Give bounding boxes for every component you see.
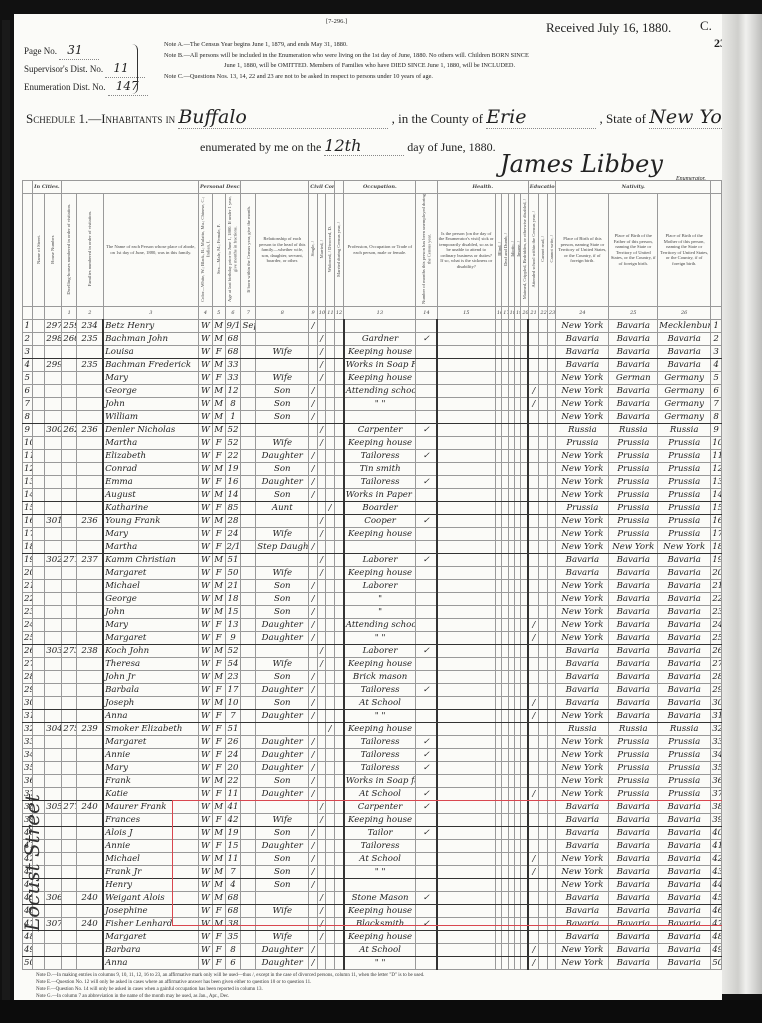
- single-cell: /: [309, 774, 317, 787]
- birth-month-cell: [241, 371, 256, 384]
- age-cell: 26: [225, 735, 241, 748]
- school-cell: [528, 514, 539, 527]
- person-name: William: [103, 410, 198, 423]
- table-row: 23JohnWM15Son/"New YorkBavariaBavaria23: [23, 605, 722, 618]
- table-row: 44HenryWM4Son/New YorkBavariaBavaria44: [23, 878, 722, 891]
- family-number-cell: [77, 371, 104, 384]
- table-row: 34AnnieWF24Daughter/Tailoress✓New YorkPr…: [23, 748, 722, 761]
- school-cell: [528, 878, 539, 891]
- age-cell: 33: [225, 358, 241, 371]
- person-name: Kamm Christian: [103, 553, 198, 566]
- house-number-cell: 303: [45, 644, 62, 657]
- color-cell: W: [199, 917, 213, 930]
- widowed-cell: [326, 696, 334, 709]
- occupation-cell: Keeping house: [344, 930, 416, 943]
- age-cell: 68: [225, 904, 241, 917]
- sex-cell: M: [212, 553, 225, 566]
- unemployed-cell: [416, 501, 437, 514]
- street-cell: [32, 683, 45, 696]
- sickness-cell: [437, 917, 495, 930]
- relationship-cell: [256, 644, 309, 657]
- birth-month-cell: [241, 683, 256, 696]
- corner-letter: C.: [700, 18, 712, 34]
- color-cell: W: [199, 657, 213, 670]
- cannot-write-cell: [547, 462, 556, 475]
- house-number-cell: [45, 527, 62, 540]
- family-number-cell: [77, 384, 104, 397]
- street-cell: [32, 319, 45, 332]
- family-number-cell: 235: [77, 332, 104, 345]
- school-cell: [528, 553, 539, 566]
- mother-birthplace-cell: Bavaria: [658, 917, 711, 930]
- widowed-cell: [326, 540, 334, 553]
- birthplace-cell: New York: [556, 709, 609, 722]
- relationship-cell: [256, 553, 309, 566]
- age-cell: 16: [225, 475, 241, 488]
- age-cell: 68: [225, 345, 241, 358]
- street-cell: [32, 488, 45, 501]
- married-cell: [317, 488, 325, 501]
- cannot-read-cell: [539, 891, 547, 904]
- mother-birthplace-cell: Bavaria: [658, 878, 711, 891]
- sickness-cell: [437, 566, 495, 579]
- married-year-cell: [334, 787, 344, 800]
- maimed-cell: [521, 839, 528, 852]
- line-number-right: 13: [711, 475, 722, 488]
- relationship-cell: Son: [256, 397, 309, 410]
- father-birthplace-cell: Prussia: [609, 761, 658, 774]
- color-cell: W: [199, 891, 213, 904]
- sex-cell: F: [212, 930, 225, 943]
- married-cell: [317, 618, 325, 631]
- age-cell: 12: [225, 384, 241, 397]
- house-number-cell: 304: [45, 722, 62, 735]
- widowed-cell: [326, 748, 334, 761]
- sickness-cell: [437, 644, 495, 657]
- cannot-read-cell: [539, 501, 547, 514]
- enumeration-date-line: enumerated by me on the 12th day of June…: [200, 136, 496, 156]
- mother-birthplace-cell: Prussia: [658, 475, 711, 488]
- birthplace-cell: Bavaria: [556, 566, 609, 579]
- color-cell: W: [199, 696, 213, 709]
- single-cell: [309, 527, 317, 540]
- married-year-cell: [334, 566, 344, 579]
- city-value: Buffalo: [178, 106, 388, 129]
- street-cell: [32, 501, 45, 514]
- family-number-cell: [77, 878, 104, 891]
- mother-birthplace-cell: Bavaria: [658, 813, 711, 826]
- house-number-cell: 305: [45, 800, 62, 813]
- birthplace-cell: Bavaria: [556, 800, 609, 813]
- single-cell: /: [309, 748, 317, 761]
- color-cell: W: [199, 553, 213, 566]
- married-cell: /: [317, 358, 325, 371]
- married-cell: [317, 410, 325, 423]
- line-number: 17: [23, 527, 33, 540]
- married-year-cell: [334, 904, 344, 917]
- widowed-cell: [326, 527, 334, 540]
- married-cell: /: [317, 930, 325, 943]
- married-cell: [317, 384, 325, 397]
- widowed-cell: [326, 787, 334, 800]
- sickness-cell: [437, 501, 495, 514]
- table-row: 30JosephWM10Son/At School/BavariaBavaria…: [23, 696, 722, 709]
- mother-birthplace-cell: Russia: [658, 722, 711, 735]
- school-cell: [528, 761, 539, 774]
- dwelling-number-cell: [62, 709, 77, 722]
- married-year-cell: [334, 930, 344, 943]
- father-birthplace-cell: Prussia: [609, 735, 658, 748]
- occupation-cell: Tailoress: [344, 735, 416, 748]
- school-cell: [528, 904, 539, 917]
- line-number-right: 27: [711, 657, 722, 670]
- line-number: 2: [23, 332, 33, 345]
- occupation-cell: Boarder: [344, 501, 416, 514]
- col-name: The Name of each Person whose place of a…: [103, 194, 198, 307]
- relationship-cell: Daughter: [256, 943, 309, 956]
- color-cell: W: [199, 319, 213, 332]
- table-row: 17MaryWF24Wife/Keeping houseNew YorkPrus…: [23, 527, 722, 540]
- father-birthplace-cell: Bavaria: [609, 930, 658, 943]
- married-cell: [317, 774, 325, 787]
- person-name: John Jr: [103, 670, 198, 683]
- mother-birthplace-cell: Germany: [658, 384, 711, 397]
- line-number-right: 45: [711, 891, 722, 904]
- married-cell: [317, 501, 325, 514]
- maimed-cell: [521, 735, 528, 748]
- street-cell: [32, 540, 45, 553]
- single-cell: /: [309, 319, 317, 332]
- married-year-cell: [334, 436, 344, 449]
- line-number-right: 4: [711, 358, 722, 371]
- single-cell: [309, 423, 317, 436]
- occupation-cell: [344, 878, 416, 891]
- married-cell: /: [317, 527, 325, 540]
- person-name: Louisa: [103, 345, 198, 358]
- person-name: Conrad: [103, 462, 198, 475]
- maimed-cell: [521, 722, 528, 735]
- occupation-cell: Stone Mason: [344, 891, 416, 904]
- mother-birthplace-cell: Bavaria: [658, 943, 711, 956]
- birthplace-cell: New York: [556, 527, 609, 540]
- color-cell: W: [199, 462, 213, 475]
- occupation-cell: [344, 540, 416, 553]
- widowed-cell: [326, 384, 334, 397]
- school-cell: [528, 501, 539, 514]
- age-cell: 9: [225, 631, 241, 644]
- sickness-cell: [437, 787, 495, 800]
- sickness-cell: [437, 904, 495, 917]
- widowed-cell: [326, 371, 334, 384]
- married-cell: /: [317, 657, 325, 670]
- widowed-cell: [326, 917, 334, 930]
- cannot-write-cell: [547, 631, 556, 644]
- note-a: Note A.—The Census Year begins June 1, 1…: [164, 40, 724, 51]
- street-cell: [32, 722, 45, 735]
- cannot-read-cell: [539, 384, 547, 397]
- father-birthplace-cell: Bavaria: [609, 683, 658, 696]
- unemployed-cell: ✓: [416, 735, 437, 748]
- age-cell: 20: [225, 761, 241, 774]
- relationship-cell: [256, 332, 309, 345]
- birthplace-cell: New York: [556, 748, 609, 761]
- unemployed-cell: [416, 566, 437, 579]
- table-row: 31AnnaWF7Daughter/" "/New YorkBavariaBav…: [23, 709, 722, 722]
- cannot-read-cell: [539, 930, 547, 943]
- house-number-cell: [45, 449, 62, 462]
- cannot-read-cell: [539, 774, 547, 787]
- sex-cell: F: [212, 787, 225, 800]
- unemployed-cell: [416, 527, 437, 540]
- color-cell: W: [199, 826, 213, 839]
- dwelling-number-cell: 259: [62, 319, 77, 332]
- cannot-write-cell: [547, 475, 556, 488]
- dwelling-number-cell: [62, 345, 77, 358]
- married-cell: [317, 956, 325, 969]
- occupation-cell: Attending school: [344, 384, 416, 397]
- relationship-cell: [256, 800, 309, 813]
- occupation-cell: Works in Paper Store: [344, 488, 416, 501]
- table-row: 27TheresaWF54Wife/Keeping houseBavariaBa…: [23, 657, 722, 670]
- person-name: Josephine: [103, 904, 198, 917]
- married-year-cell: [334, 527, 344, 540]
- mother-birthplace-cell: Bavaria: [658, 618, 711, 631]
- age-cell: 33: [225, 371, 241, 384]
- group-occupation: Occupation.: [344, 181, 416, 194]
- mother-birthplace-cell: Prussia: [658, 748, 711, 761]
- age-cell: 24: [225, 527, 241, 540]
- relationship-cell: Son: [256, 410, 309, 423]
- relationship-cell: Daughter: [256, 956, 309, 969]
- widowed-cell: [326, 813, 334, 826]
- col-family: Families numbered in order of visitation…: [77, 194, 104, 307]
- family-number-cell: [77, 540, 104, 553]
- mother-birthplace-cell: Bavaria: [658, 709, 711, 722]
- house-number-cell: [45, 839, 62, 852]
- school-cell: [528, 800, 539, 813]
- mother-birthplace-cell: Germany: [658, 410, 711, 423]
- widowed-cell: [326, 891, 334, 904]
- person-name: Joseph: [103, 696, 198, 709]
- family-number-cell: [77, 527, 104, 540]
- note-e: Note E.—Question No. 12 will only be ask…: [36, 979, 636, 986]
- widowed-cell: [326, 449, 334, 462]
- birthplace-cell: New York: [556, 397, 609, 410]
- age-cell: 51: [225, 722, 241, 735]
- color-cell: W: [199, 878, 213, 891]
- line-number-right: 16: [711, 514, 722, 527]
- relationship-cell: Wife: [256, 527, 309, 540]
- color-cell: W: [199, 384, 213, 397]
- sickness-cell: [437, 761, 495, 774]
- age-cell: 15: [225, 605, 241, 618]
- birth-month-cell: [241, 553, 256, 566]
- occupation-cell: Tin smith: [344, 462, 416, 475]
- color-cell: W: [199, 943, 213, 956]
- sex-cell: M: [212, 488, 225, 501]
- line-number-right: 44: [711, 878, 722, 891]
- father-birthplace-cell: Prussia: [609, 501, 658, 514]
- col-married: Married, /: [317, 194, 325, 307]
- occupation-cell: Works in Soap Fact.: [344, 358, 416, 371]
- mother-birthplace-cell: Prussia: [658, 436, 711, 449]
- street-cell: [32, 657, 45, 670]
- cannot-read-cell: [539, 449, 547, 462]
- cannot-read-cell: [539, 826, 547, 839]
- cannot-read-cell: [539, 488, 547, 501]
- married-cell: /: [317, 800, 325, 813]
- married-cell: [317, 735, 325, 748]
- relationship-cell: Wife: [256, 371, 309, 384]
- relationship-cell: Son: [256, 696, 309, 709]
- line-number-right: 22: [711, 592, 722, 605]
- sickness-cell: [437, 618, 495, 631]
- married-year-cell: [334, 475, 344, 488]
- father-birthplace-cell: Bavaria: [609, 358, 658, 371]
- dwelling-number-cell: [62, 865, 77, 878]
- occupation-cell: At School: [344, 852, 416, 865]
- cannot-write-cell: [547, 761, 556, 774]
- person-name: Alois J: [103, 826, 198, 839]
- relationship-cell: Daughter: [256, 735, 309, 748]
- sickness-cell: [437, 423, 495, 436]
- married-cell: [317, 449, 325, 462]
- table-row: 24MaryWF13Daughter/Attending school/New …: [23, 618, 722, 631]
- married-cell: /: [317, 566, 325, 579]
- color-cell: W: [199, 839, 213, 852]
- maimed-cell: [521, 774, 528, 787]
- house-number-cell: [45, 436, 62, 449]
- maimed-cell: [521, 358, 528, 371]
- unemployed-cell: [416, 618, 437, 631]
- single-cell: /: [309, 826, 317, 839]
- widowed-cell: [326, 332, 334, 345]
- line-number-right: 18: [711, 540, 722, 553]
- occupation-cell: Tailor: [344, 826, 416, 839]
- married-year-cell: [334, 709, 344, 722]
- birth-month-cell: [241, 839, 256, 852]
- table-row: 18MarthaWF2/12Step Daughter/New YorkNew …: [23, 540, 722, 553]
- father-birthplace-cell: Bavaria: [609, 553, 658, 566]
- house-number-cell: 299: [45, 358, 62, 371]
- line-number: 34: [23, 748, 33, 761]
- sex-cell: M: [212, 384, 225, 397]
- census-rows: 1297259234Betz HenryWM9/12Sept/New YorkB…: [23, 319, 722, 969]
- unemployed-cell: [416, 709, 437, 722]
- color-cell: W: [199, 800, 213, 813]
- school-cell: [528, 683, 539, 696]
- sickness-cell: [437, 839, 495, 852]
- maimed-cell: [521, 488, 528, 501]
- table-row: 10MarthaWF52Wife/Keeping housePrussiaPru…: [23, 436, 722, 449]
- table-row: 8WilliamWM1Son/New YorkBavariaGermany8: [23, 410, 722, 423]
- cannot-write-cell: [547, 943, 556, 956]
- maimed-cell: [521, 644, 528, 657]
- cannot-read-cell: [539, 943, 547, 956]
- birth-month-cell: [241, 787, 256, 800]
- table-row: 48MargaretWF35Wife/Keeping houseBavariaB…: [23, 930, 722, 943]
- line-number-right: 17: [711, 527, 722, 540]
- family-number-cell: [77, 943, 104, 956]
- married-year-cell: [334, 488, 344, 501]
- maimed-cell: [521, 787, 528, 800]
- family-number-cell: [77, 488, 104, 501]
- sex-cell: F: [212, 709, 225, 722]
- occupation-cell: Keeping house: [344, 657, 416, 670]
- sex-cell: M: [212, 696, 225, 709]
- birth-month-cell: [241, 631, 256, 644]
- color-cell: W: [199, 332, 213, 345]
- dwelling-number-cell: 275: [62, 722, 77, 735]
- school-cell: [528, 436, 539, 449]
- maimed-cell: [521, 865, 528, 878]
- line-number-right: 33: [711, 735, 722, 748]
- page-edge: [722, 14, 762, 994]
- person-name: Anna: [103, 709, 198, 722]
- mother-birthplace-cell: Bavaria: [658, 865, 711, 878]
- widowed-cell: [326, 358, 334, 371]
- widowed-cell: [326, 852, 334, 865]
- relationship-cell: [256, 514, 309, 527]
- dwelling-number-cell: [62, 631, 77, 644]
- enumeration-label: Enumeration Dist. No.: [24, 79, 106, 96]
- maimed-cell: [521, 527, 528, 540]
- table-row: 6GeorgeWM12Son/Attending school/New York…: [23, 384, 722, 397]
- married-year-cell: [334, 397, 344, 410]
- table-row: 15KatharineWF85Aunt/BoarderPrussiaPrussi…: [23, 501, 722, 514]
- married-cell: [317, 670, 325, 683]
- unemployed-cell: [416, 852, 437, 865]
- age-cell: 6: [225, 956, 241, 969]
- school-cell: [528, 735, 539, 748]
- supervisor-label: Supervisor's Dist. No.: [24, 61, 103, 78]
- sex-cell: M: [212, 423, 225, 436]
- sex-cell: M: [212, 397, 225, 410]
- birth-month-cell: [241, 358, 256, 371]
- occupation-cell: Carpenter: [344, 423, 416, 436]
- sickness-cell: [437, 371, 495, 384]
- dwelling-number-cell: 277: [62, 800, 77, 813]
- line-number-right: 32: [711, 722, 722, 735]
- birthplace-cell: New York: [556, 371, 609, 384]
- unemployed-cell: ✓: [416, 475, 437, 488]
- mother-birthplace-cell: Bavaria: [658, 670, 711, 683]
- dwelling-number-cell: [62, 930, 77, 943]
- cannot-read-cell: [539, 956, 547, 969]
- age-cell: 11: [225, 852, 241, 865]
- birth-month-cell: [241, 696, 256, 709]
- family-number-cell: [77, 592, 104, 605]
- table-row: 21MichaelWM21Son/LaborerNew YorkBavariaB…: [23, 579, 722, 592]
- birth-month-cell: [241, 397, 256, 410]
- relationship-cell: Daughter: [256, 449, 309, 462]
- maimed-cell: [521, 436, 528, 449]
- cannot-write-cell: [547, 657, 556, 670]
- col-married-census-year: Married during Census year, /: [334, 194, 344, 307]
- received-stamp: Received July 16, 1880.: [546, 20, 671, 36]
- unemployed-cell: ✓: [416, 748, 437, 761]
- cannot-read-cell: [539, 800, 547, 813]
- line-number: 20: [23, 566, 33, 579]
- cannot-write-cell: [547, 904, 556, 917]
- occupation-cell: Brick mason: [344, 670, 416, 683]
- age-cell: 1: [225, 410, 241, 423]
- married-cell: [317, 826, 325, 839]
- dwelling-number-cell: [62, 839, 77, 852]
- father-birthplace-cell: Prussia: [609, 774, 658, 787]
- father-birthplace-cell: Bavaria: [609, 397, 658, 410]
- cannot-write-cell: [547, 644, 556, 657]
